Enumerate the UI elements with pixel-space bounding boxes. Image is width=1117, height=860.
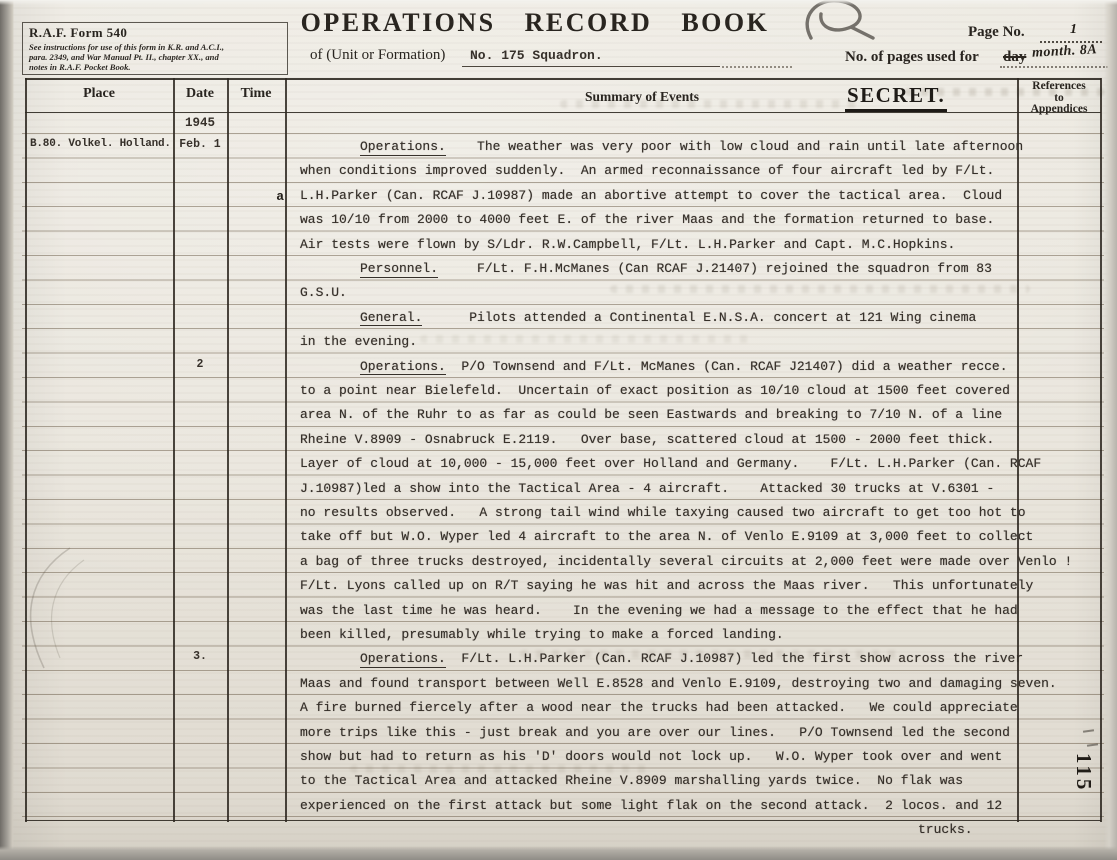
page-stamp: 115	[1071, 753, 1096, 792]
date-cell: Feb. 1	[173, 138, 227, 151]
summary-line: J.10987)led a show into the Tactical Are…	[300, 480, 994, 498]
document-page: R.A.F. Form 540 See instructions for use…	[0, 0, 1117, 860]
summary-line: experienced on the first attack but some…	[300, 797, 1002, 815]
underlined-heading: Operations.	[360, 139, 446, 156]
summary-line: no results observed. A strong tail wind …	[300, 504, 1026, 522]
summary-line: A fire burned fiercely after a wood near…	[300, 699, 1018, 717]
lines-layer: B.80. Volkel. Holland.Feb. 1Operations. …	[0, 0, 1117, 860]
summary-line: Personnel. F/Lt. F.H.McManes (Can RCAF J…	[360, 260, 992, 278]
summary-line: more trips like this - just break and yo…	[300, 724, 1010, 742]
summary-line: show but had to return as his 'D' doors …	[300, 748, 1002, 766]
underlined-heading: Operations.	[360, 651, 446, 668]
summary-line: F/Lt. Lyons called up on R/T saying he w…	[300, 577, 1033, 595]
summary-line: in the evening.	[300, 333, 417, 351]
summary-line: Operations. F/Lt. L.H.Parker (Can. RCAF …	[360, 650, 1023, 668]
summary-line: take off but W.O. Wyper led 4 aircraft t…	[300, 528, 1033, 546]
time-cell: a	[240, 189, 284, 204]
date-cell: 3.	[173, 650, 227, 663]
underlined-heading: Operations.	[360, 359, 446, 376]
summary-line: area N. of the Ruhr to as far as could b…	[300, 406, 1002, 424]
summary-line: General. Pilots attended a Continental E…	[360, 309, 976, 327]
summary-line: G.S.U.	[300, 284, 347, 302]
summary-line: Operations. P/O Townsend and F/Lt. McMan…	[360, 358, 1008, 376]
summary-line: trucks.	[918, 821, 973, 839]
place-cell: B.80. Volkel. Holland.	[30, 138, 171, 150]
summary-line: Maas and found transport between Well E.…	[300, 675, 1057, 693]
summary-line: was the last time he was heard. In the e…	[300, 602, 1018, 620]
underlined-heading: General.	[360, 310, 422, 327]
scan-stage: R.A.F. Form 540 See instructions for use…	[0, 0, 1117, 860]
summary-line: Operations. The weather was very poor wi…	[360, 138, 1023, 156]
summary-line: to a point near Bielefeld. Uncertain of …	[300, 382, 1010, 400]
underlined-heading: Personnel.	[360, 261, 438, 278]
summary-line: to the Tactical Area and attacked Rheine…	[300, 772, 963, 790]
summary-line: Layer of cloud at 10,000 - 15,000 feet o…	[300, 455, 1041, 473]
summary-line: was 10/10 from 2000 to 4000 feet E. of t…	[300, 211, 994, 229]
summary-line: L.H.Parker (Can. RCAF J.10987) made an a…	[300, 187, 1002, 205]
summary-line: Rheine V.8909 - Osnabruck E.2119. Over b…	[300, 431, 994, 449]
summary-line: Air tests were flown by S/Ldr. R.W.Campb…	[300, 236, 955, 254]
date-cell: 2	[173, 358, 227, 371]
summary-line: when conditions improved suddenly. An ar…	[300, 162, 994, 180]
summary-line: a bag of three trucks destroyed, inciden…	[300, 553, 1072, 571]
summary-line: been killed, presumably while trying to …	[300, 626, 784, 644]
